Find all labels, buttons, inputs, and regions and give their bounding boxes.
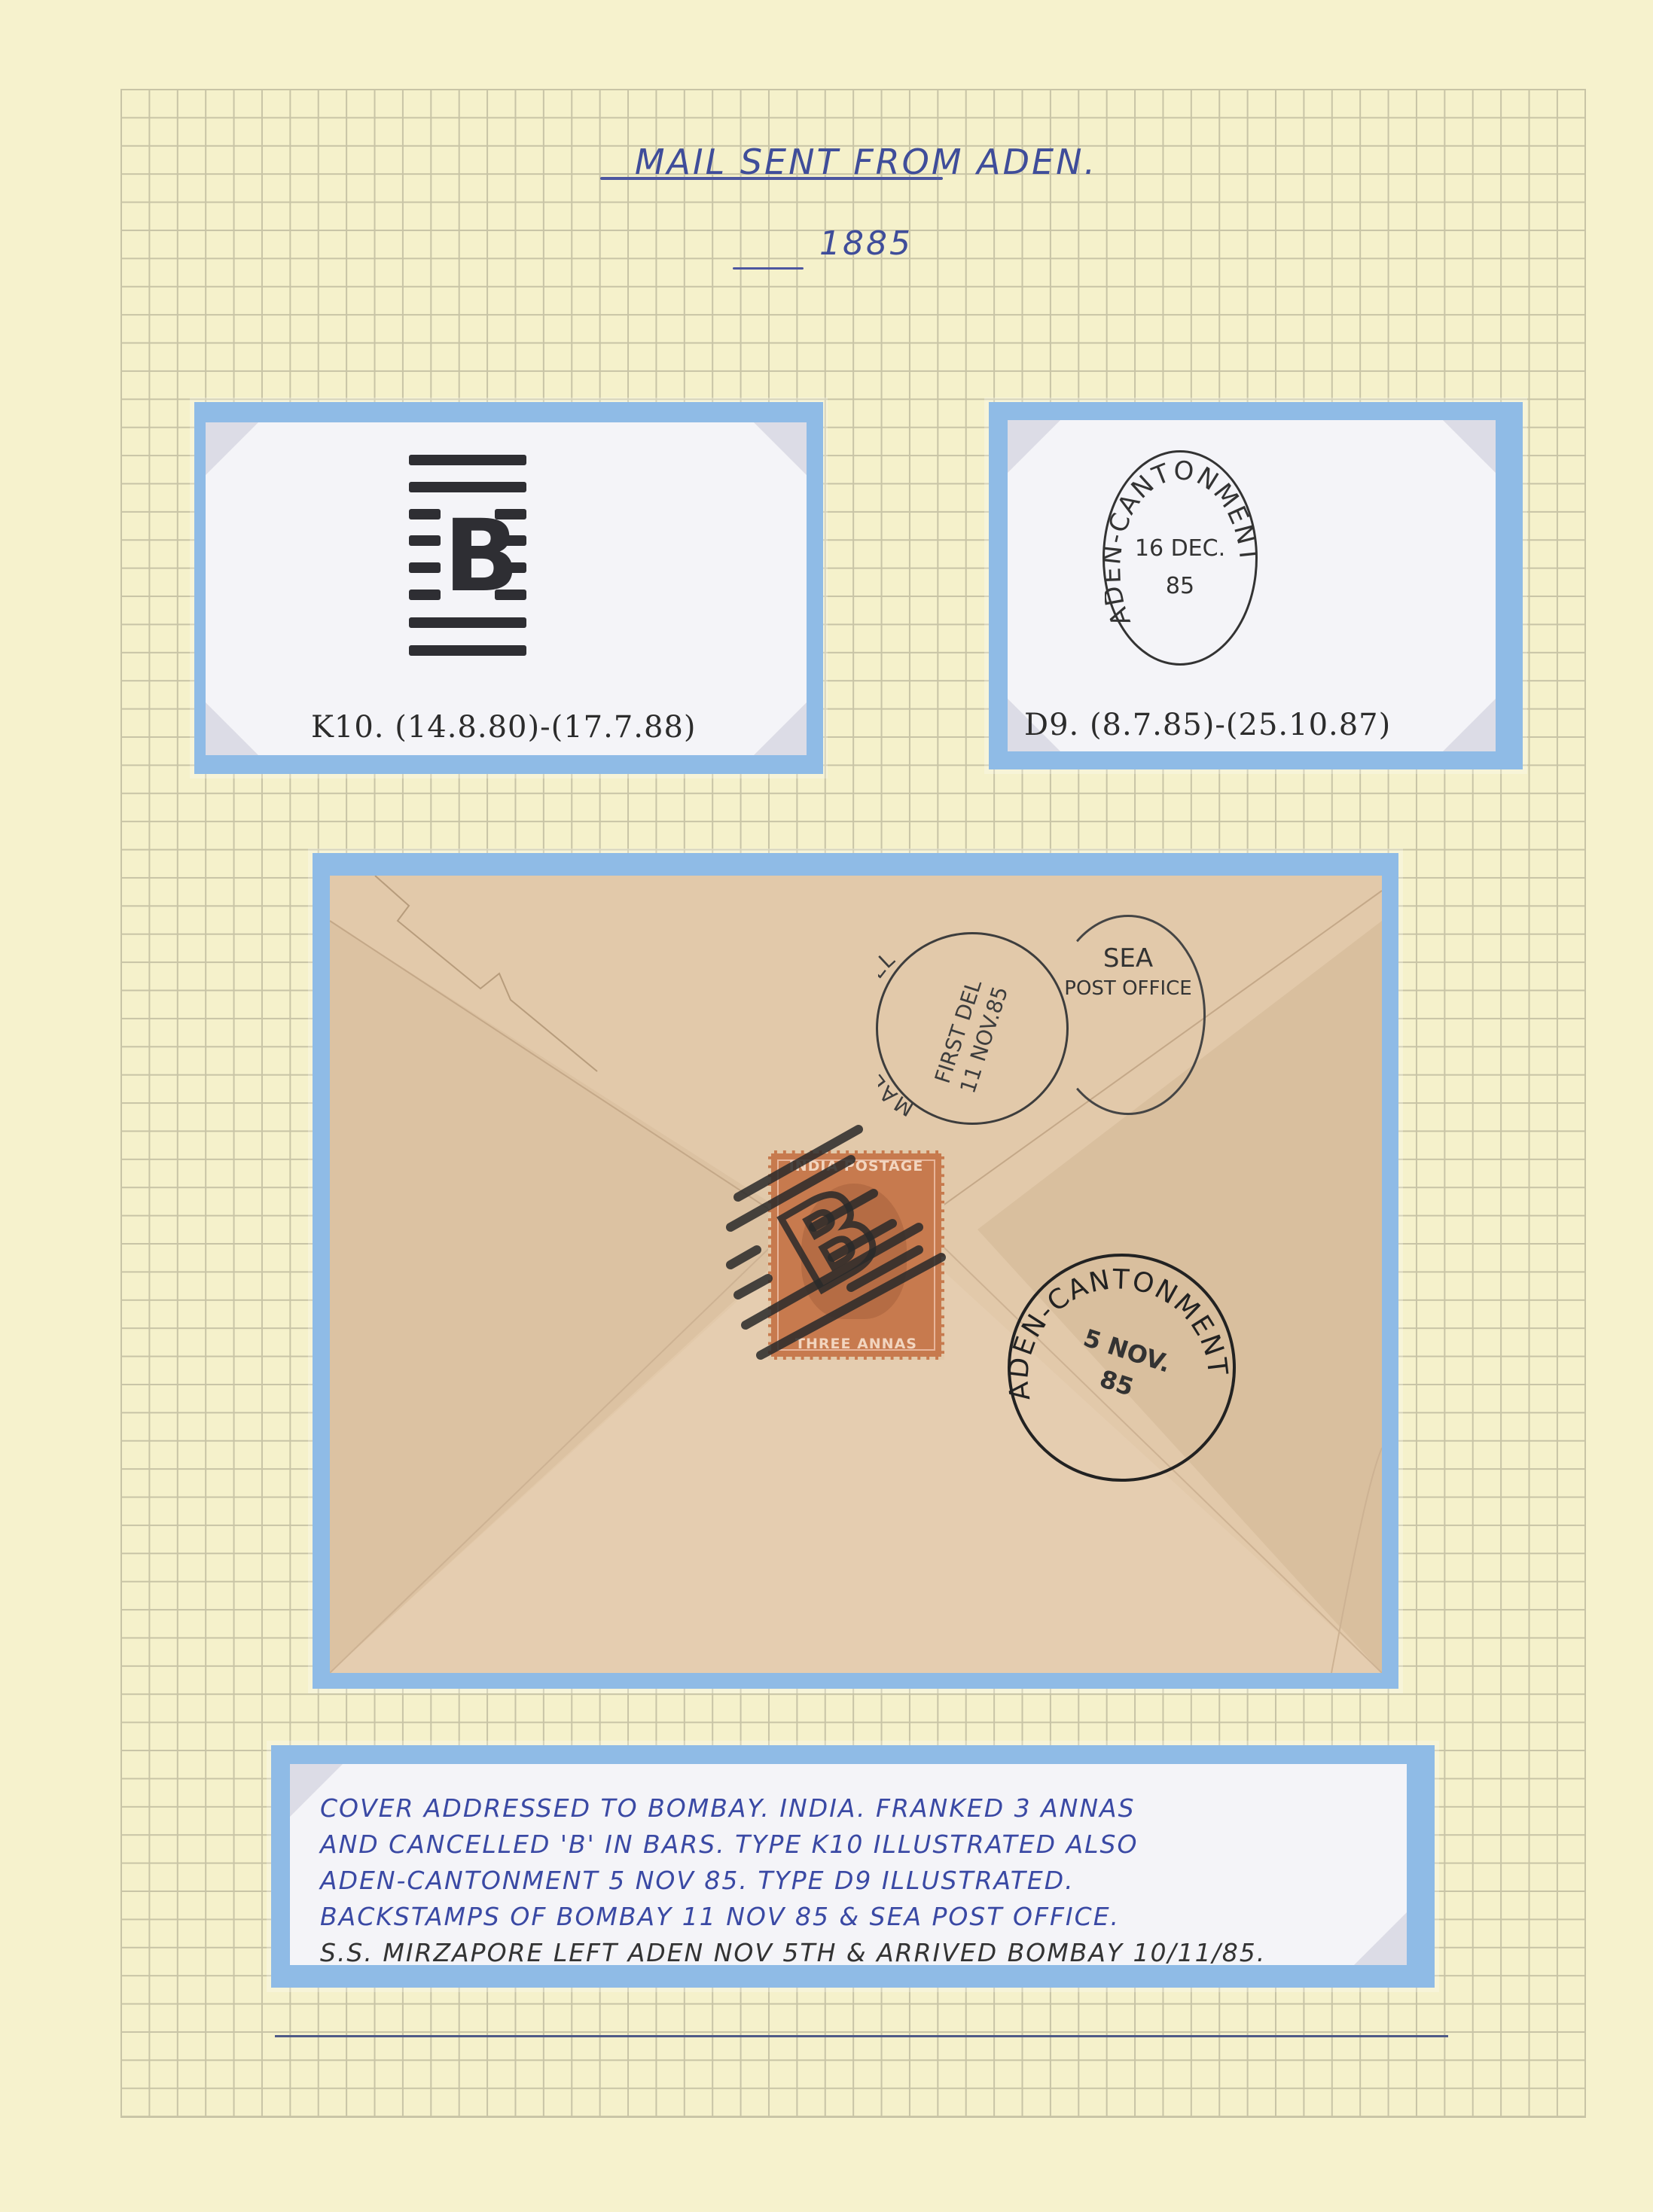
description-text: COVER ADDRESSED TO BOMBAY. INDIA. FRANKE… (320, 1790, 1404, 1971)
description-line: BACKSTAMPS OF BOMBAY 11 NOV 85 & SEA POS… (320, 1899, 1404, 1935)
sea-post-line-1: SEA (1053, 943, 1203, 973)
d9-date: 16 DEC. (1105, 535, 1255, 562)
k10-card: B K10. (14.8.80)-(17.7.88) (206, 422, 807, 755)
b-letter: B (444, 507, 520, 606)
svg-text:MALABAR HILL: MALABAR HILL (878, 946, 918, 1122)
sea-post-office-postmark: SEA POST OFFICE (1051, 915, 1206, 1115)
d9-year: 85 (1105, 573, 1255, 599)
k10-caption: K10. (14.8.80)-(17.7.88) (311, 710, 697, 745)
description-line: AND CANCELLED 'B' IN BARS. TYPE K10 ILLU… (320, 1827, 1404, 1863)
page-year: 1885 (798, 224, 934, 263)
b-in-bars-illustration: B (409, 455, 529, 666)
b-in-bars-cancel: B (700, 1107, 987, 1378)
description-line: S.S. MIRZAPORE LEFT ADEN NOV 5TH & ARRIV… (320, 1935, 1404, 1971)
description-line: ADEN-CANTONMENT 5 NOV 85. TYPE D9 ILLUST… (320, 1863, 1404, 1899)
sea-post-line-2: POST OFFICE (1053, 977, 1203, 1000)
malabar-hill-postmark: MALABAR HILL FIRST DEL 11 NOV.85 (876, 932, 1069, 1125)
page-title: MAIL SENT FROM ADEN. (602, 142, 1130, 182)
bottom-pen-rule (275, 2035, 1448, 2037)
d9-card: ADEN-CANTONMENT 16 DEC. 85 D9. (8.7.85)-… (1008, 420, 1496, 751)
d9-caption: D9. (8.7.85)-(25.10.87) (1024, 708, 1391, 742)
title-underline (600, 177, 943, 180)
year-underline (733, 267, 804, 270)
description-line: COVER ADDRESSED TO BOMBAY. INDIA. FRANKE… (320, 1790, 1404, 1827)
d9-datestamp: ADEN-CANTONMENT 16 DEC. 85 (1103, 450, 1258, 666)
malabar-hill-ring-text: MALABAR HILL (878, 946, 918, 1122)
